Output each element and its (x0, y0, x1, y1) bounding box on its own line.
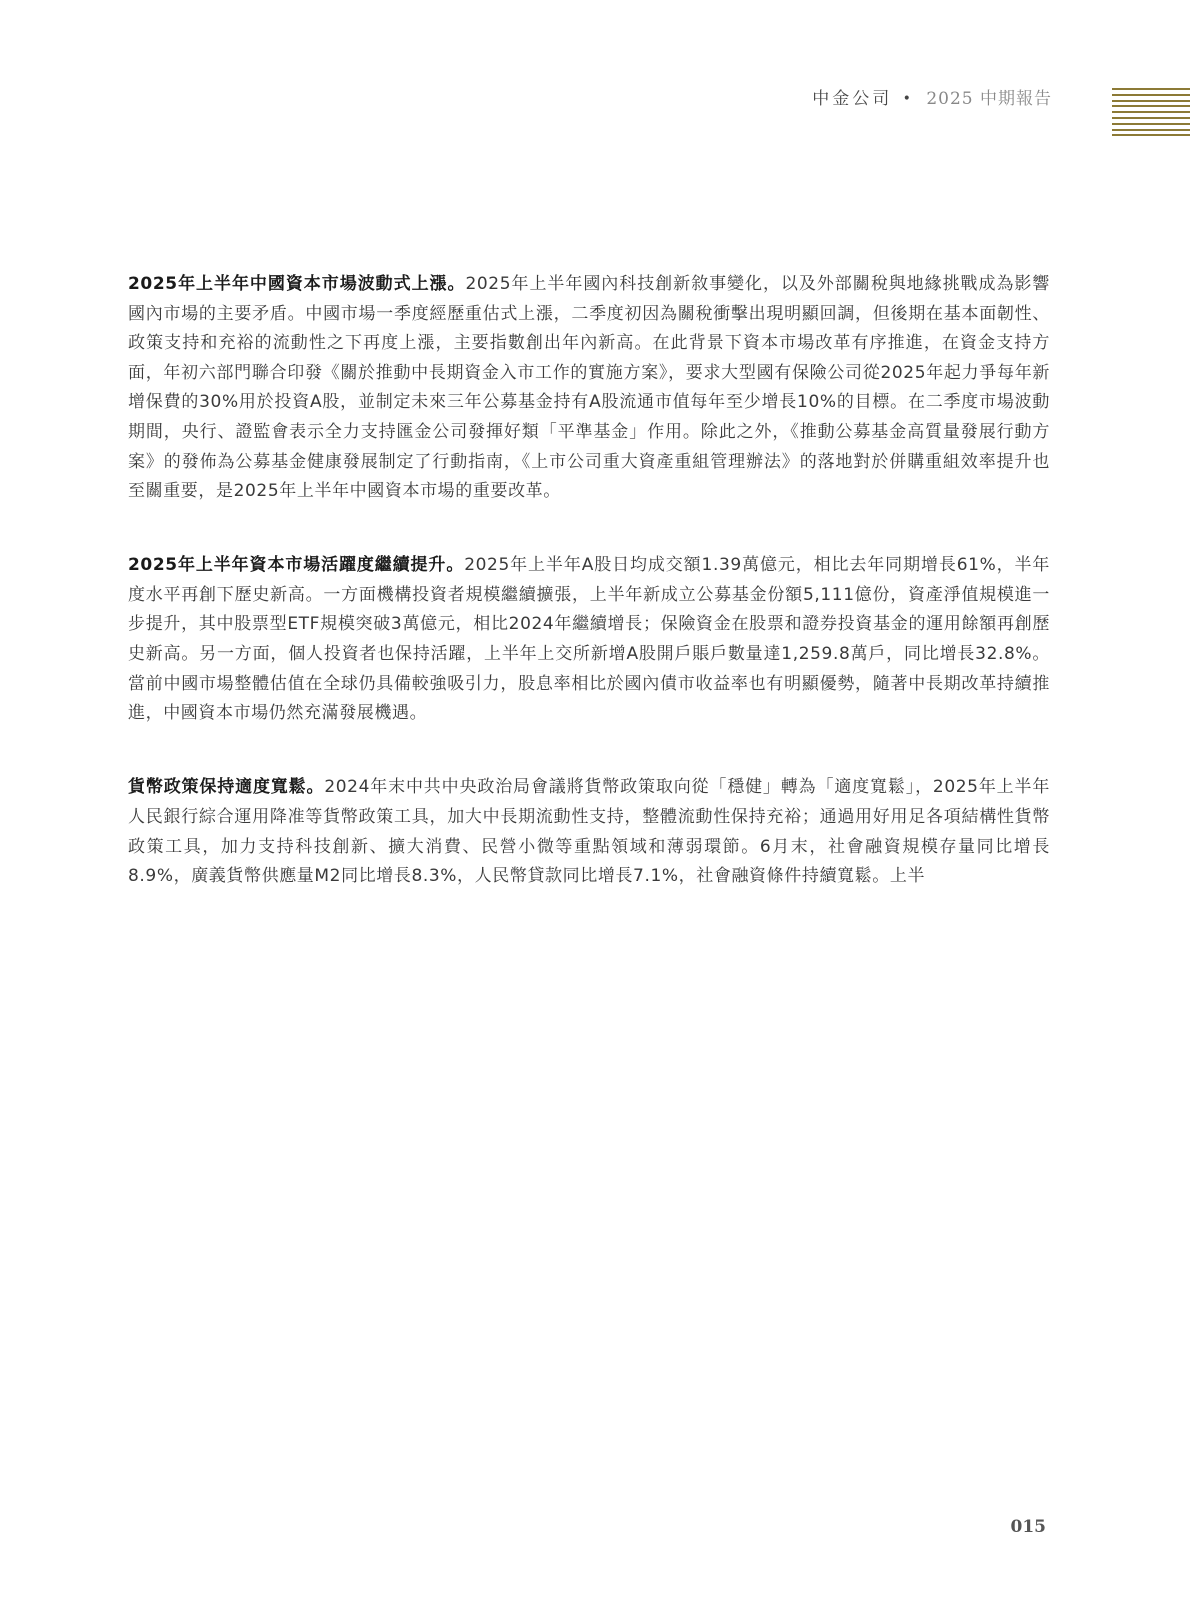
bullet-separator-icon: • (903, 91, 912, 107)
page-number: 015 (1011, 1517, 1047, 1537)
stripe (1112, 88, 1190, 90)
paragraph-market-activity: 2025年上半年資本市場活躍度繼續提升。2025年上半年A股日均成交額1.39萬… (128, 551, 1050, 729)
stripe (1112, 105, 1190, 107)
stripe (1112, 129, 1190, 131)
paragraph-lead: 2025年上半年資本市場活躍度繼續提升。 (128, 555, 464, 575)
paragraph-monetary-policy: 貨幣政策保持適度寬鬆。2024年末中共中央政治局會議將貨幣政策取向從「穩健」轉為… (128, 773, 1050, 891)
running-header: 中金公司 • 2025 中期報告 (812, 84, 1052, 109)
body-content: 2025年上半年中國資本市場波動式上漲。2025年上半年國內科技創新敘事變化，以… (128, 270, 1050, 936)
company-name: 中金公司 (812, 89, 892, 109)
paragraph-lead: 貨幣政策保持適度寬鬆。 (128, 777, 324, 797)
paragraph-lead: 2025年上半年中國資本市場波動式上漲。 (128, 274, 465, 294)
stripe (1112, 100, 1190, 102)
report-title: 2025 中期報告 (926, 89, 1052, 109)
stripe (1112, 94, 1190, 96)
stripe (1112, 123, 1190, 125)
stripe (1112, 111, 1190, 113)
paragraph-body: 2025年上半年國內科技創新敘事變化，以及外部關稅與地緣挑戰成為影響國內市場的主… (128, 274, 1050, 501)
stripe (1112, 117, 1190, 119)
paragraph-capital-market-rise: 2025年上半年中國資本市場波動式上漲。2025年上半年國內科技創新敘事變化，以… (128, 270, 1050, 507)
stripe (1112, 134, 1190, 136)
decorative-stripes-icon (1112, 88, 1190, 136)
paragraph-body: 2025年上半年A股日均成交額1.39萬億元，相比去年同期增長61%，半年度水平… (128, 555, 1050, 723)
